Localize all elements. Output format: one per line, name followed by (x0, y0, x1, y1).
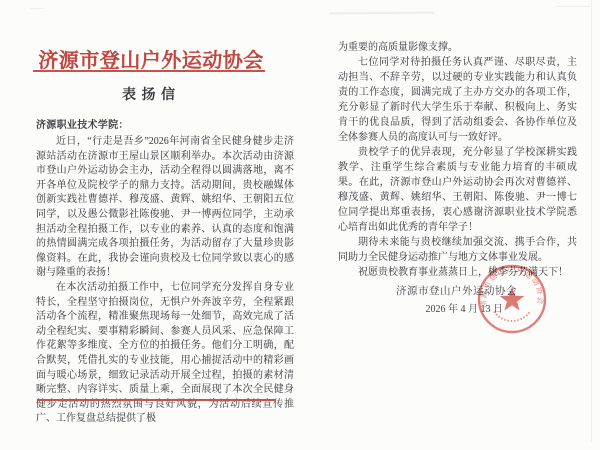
official-seal: 济源市登山户外运动协会 (472, 259, 552, 339)
letterhead-rule (33, 70, 265, 72)
paragraph-continuation: 为重要的高质量影像支撑。 (338, 40, 577, 55)
letter-page-right: 为重要的高质量影像支撑。 七位同学对待拍摄任务认真严谨、尽职尽责，主动担当、不辞… (338, 0, 577, 450)
letter-body-left: 近日，“行走是吾乡”2026年河南省全民健身健步走济源站活动在济源市王屋山景区顺… (36, 135, 294, 427)
paragraph: 近日，“行走是吾乡”2026年河南省全民健身健步走济源站活动在济源市王屋山景区顺… (36, 135, 294, 281)
letterhead-title: 济源市登山户外运动协会 (38, 44, 264, 73)
footer-rule (37, 399, 275, 401)
seal-bottom-marks (494, 312, 530, 321)
letter-page-left: 济源市登山户外运动协会 表 扬 信 济源职业技术学院： 近日，“行走是吾乡”20… (36, 0, 294, 450)
star-icon (500, 287, 525, 311)
scan-artifact (591, 0, 592, 442)
paragraph: 七位同学对待拍摄任务认真严谨、尽职尽责，主动担当、不辞辛劳，以过硬的专业实践能力… (338, 55, 577, 145)
salutation: 济源职业技术学院： (36, 116, 129, 131)
letter-title: 表 扬 信 (33, 84, 265, 104)
scanned-letter: 济源市登山户外运动协会 表 扬 信 济源职业技术学院： 近日，“行走是吾乡”20… (0, 0, 600, 450)
paragraph: 贵校学子的优异表现，充分彰显了学校深耕实践教学、注重学生综合素质与专业能力培育的… (338, 145, 577, 235)
paragraph: 在本次活动拍摄工作中，七位同学充分发挥自身专业特长，全程坚守拍摄岗位，无惧户外奔… (36, 281, 294, 427)
letter-body-right: 为重要的高质量影像支撑。 七位同学对待拍摄任务认真严谨、尽职尽责，主动担当、不辞… (338, 40, 577, 280)
